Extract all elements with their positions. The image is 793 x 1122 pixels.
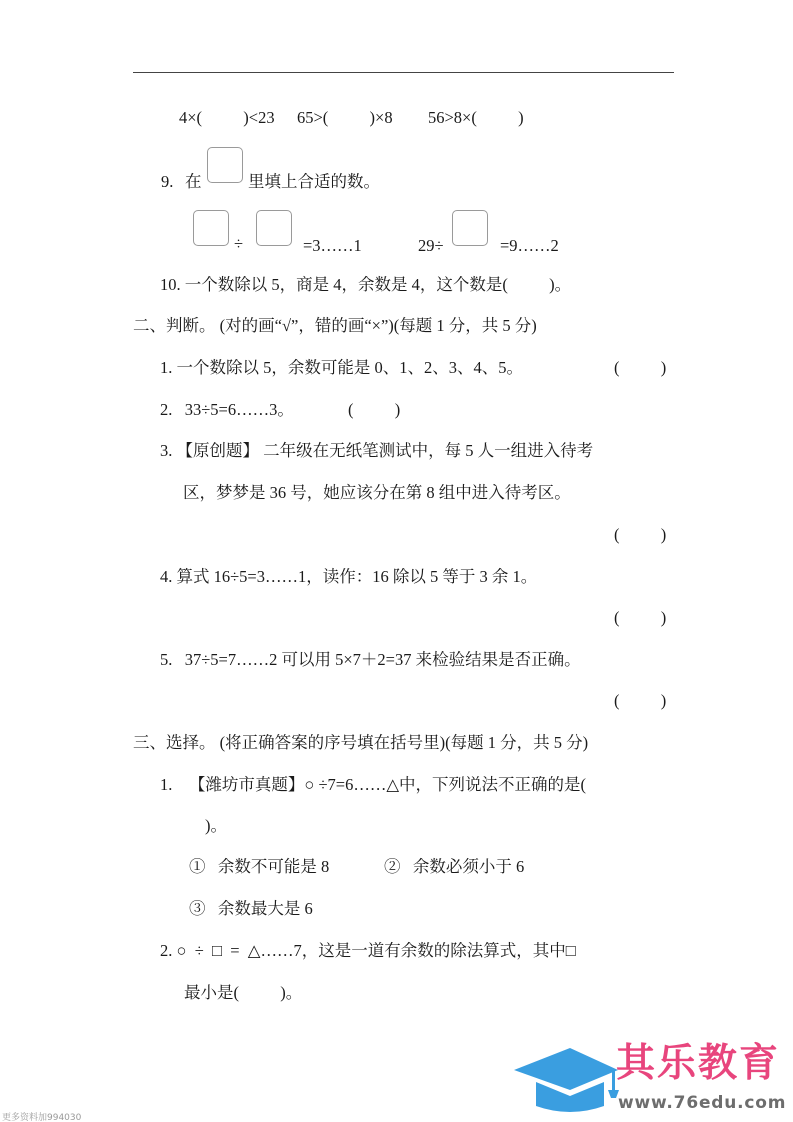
q9-divisor-box[interactable] <box>256 210 292 246</box>
q9-prefix: 在 <box>185 172 202 192</box>
judge-answer-4[interactable]: ( ) <box>614 608 666 628</box>
header-rule <box>133 72 674 73</box>
section2-title: 二、判断。 (对的画“√”，错的画“×”)(每题 1 分，共 5 分) <box>133 316 537 336</box>
judge-answer-5[interactable]: ( ) <box>614 691 666 711</box>
judge-answer-2[interactable]: ( ) <box>348 400 400 420</box>
choice-q2-line2: 最小是( )。 <box>184 983 302 1003</box>
q10-text: 10. 一个数除以 5，商是 4，余数是 4，这个数是( )。 <box>160 275 571 295</box>
comparison-expr-2: 65>( )×8 <box>297 108 393 128</box>
choice-q2-line1: 2. ○ ÷ □ = △……7，这是一道有余数的除法算式，其中□ <box>160 941 576 961</box>
choice-q1-line2: )。 <box>205 816 227 836</box>
judge-answer-3[interactable]: ( ) <box>614 525 666 545</box>
q9-example-box <box>207 147 243 183</box>
section3-title: 三、选择。 (将正确答案的序号填在括号里)(每题 1 分，共 5 分) <box>133 733 588 753</box>
choice-q1-option-3[interactable]: ③ 余数最大是 6 <box>189 899 313 919</box>
comparison-expr-3: 56>8×( ) <box>428 108 524 128</box>
footer-note: 更多资料加994030 <box>2 1110 81 1122</box>
q9-eq1-div: ÷ <box>234 234 243 254</box>
q9-eq1-result: =3……1 <box>303 236 362 256</box>
q9-suffix: 里填上合适的数。 <box>248 172 380 192</box>
judge-answer-1[interactable]: ( ) <box>614 358 666 378</box>
comparison-expr-1: 4×( )<23 <box>179 108 275 128</box>
brand-url[interactable]: www.76edu.com <box>618 1093 786 1113</box>
q9-eq2-dividend: 29÷ <box>418 236 444 256</box>
q9-eq2-divisor-box[interactable] <box>452 210 488 246</box>
q9-dividend-box[interactable] <box>193 210 229 246</box>
choice-q1-option-1[interactable]: ① 余数不可能是 8 <box>189 857 329 877</box>
judge-item-5: 5. 37÷5=7……2 可以用 5×7＋2=37 来检验结果是否正确。 <box>160 650 581 670</box>
brand-name: 其乐教育 <box>616 1042 780 1086</box>
judge-item-4: 4. 算式 16÷5=3……1，读作：16 除以 5 等于 3 余 1。 <box>160 567 537 587</box>
judge-item-2: 2. 33÷5=6……3。 <box>160 400 294 420</box>
q9-eq2-result: =9……2 <box>500 236 559 256</box>
judge-item-3-line1: 3. 【原创题】 二年级在无纸笔测试中，每 5 人一组进入待考 <box>160 441 593 461</box>
choice-q1-option-2[interactable]: ② 余数必须小于 6 <box>384 857 524 877</box>
q9-number: 9. <box>161 172 173 192</box>
choice-q1-line1: 1. 【潍坊市真题】○ ÷7=6……△中，下列说法不正确的是( <box>160 775 586 795</box>
judge-item-1: 1. 一个数除以 5，余数可能是 0、1、2、3、4、5。 <box>160 358 523 378</box>
judge-item-3-line2: 区，梦梦是 36 号，她应该分在第 8 组中进入待考区。 <box>183 483 571 503</box>
